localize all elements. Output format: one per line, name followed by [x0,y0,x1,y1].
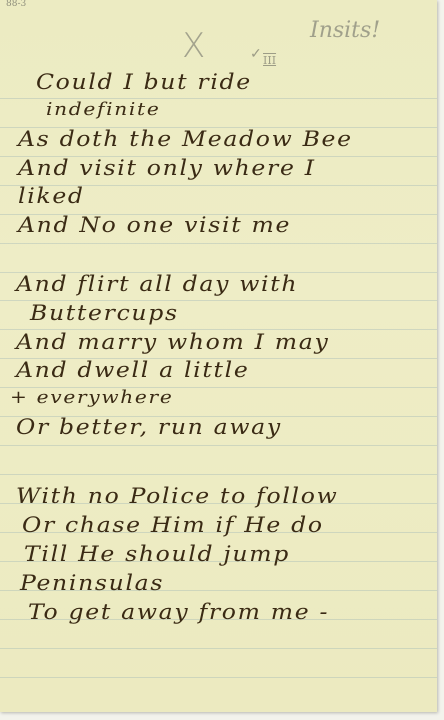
ruled-line [0,648,437,649]
poem-line: As doth the Meadow Bee [18,127,353,151]
poem-line: And No one visit me [18,213,291,237]
poem-line: To get away from me - [28,600,329,624]
reference-number: 88-3 [6,0,26,9]
check-mark-icon: ✓ [250,46,262,62]
poem-line: Or better, run away [16,415,282,439]
poem-line: And flirt all day with [16,272,298,296]
poem-line: + everywhere [10,387,173,408]
ruled-line [0,243,437,244]
poem-line: And marry whom I may [16,330,329,354]
poem-line: Or chase Him if He do [22,513,324,537]
poem-line: With no Police to follow [16,484,338,508]
ruled-line [0,474,437,475]
manuscript-page: 88-3 X ✓ III Insits! Could I but ride in… [0,0,437,712]
poem-line: Could I but ride [36,70,252,94]
pencil-note: Insits! [310,18,380,43]
poem-line: Till He should jump [24,542,290,566]
poem-line: And dwell a little [16,358,249,382]
poem-line: liked [18,184,85,208]
ruled-line [0,445,437,446]
ruled-line [0,677,437,678]
roman-numeral-annotation: III [263,54,276,67]
x-mark-annotation: X [182,26,205,66]
poem-line: indefinite [46,99,160,120]
poem-line: Peninsulas [20,571,164,595]
poem-line: Buttercups [30,301,179,325]
poem-line: And visit only where I [18,156,316,180]
